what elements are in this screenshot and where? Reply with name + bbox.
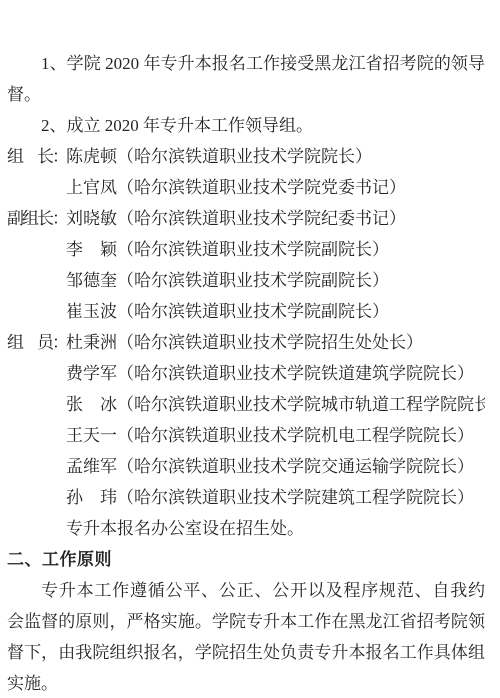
roster-row: 王天一（哈尔滨铁道职业技术学院机电工程学院院长） [7, 420, 485, 451]
roster-row: 张 冰（哈尔滨铁道职业技术学院城市轨道工程学院院长） [7, 389, 485, 420]
roster-text: 陈虎顿（哈尔滨铁道职业技术学院院长） [66, 141, 372, 172]
roster-text: 孙 玮（哈尔滨铁道职业技术学院建筑工程学院院长） [66, 482, 474, 513]
paragraph-line: 督。 [7, 79, 485, 110]
roster-text: 崔玉波（哈尔滨铁道职业技术学院副院长） [66, 296, 389, 327]
roster-text: 费学军（哈尔滨铁道职业技术学院铁道建筑学院院长） [66, 358, 474, 389]
roster-text: 张 冰（哈尔滨铁道职业技术学院城市轨道工程学院院长） [66, 389, 485, 420]
roster-text: 上官凤（哈尔滨铁道职业技术学院党委书记） [66, 172, 406, 203]
roster-row: 李 颖（哈尔滨铁道职业技术学院副院长） [7, 234, 485, 265]
roster-row: 孟维军（哈尔滨铁道职业技术学院交通运输学院院长） [7, 451, 485, 482]
roster-row: 专升本报名办公室设在招生处。 [7, 513, 485, 544]
roster-row: 副组长： 刘晓敏（哈尔滨铁道职业技术学院纪委书记） [7, 203, 485, 234]
paragraph-line: 1、学院 2020 年专升本报名工作接受黑龙江省招考院的领导和监 [7, 48, 485, 79]
roster-label: 组 长： [7, 141, 66, 172]
roster-row: 费学军（哈尔滨铁道职业技术学院铁道建筑学院院长） [7, 358, 485, 389]
roster-text: 杜秉洲（哈尔滨铁道职业技术学院招生处处长） [66, 327, 423, 358]
roster-row: 组 长： 陈虎顿（哈尔滨铁道职业技术学院院长） [7, 141, 485, 172]
roster-label: 副组长： [7, 203, 66, 234]
paragraph-line: 专升本工作遵循公平、公正、公开以及程序规范、自我约束、社 [7, 575, 485, 606]
roster-row: 上官凤（哈尔滨铁道职业技术学院党委书记） [7, 172, 485, 203]
paragraph-line: 2、成立 2020 年专升本工作领导组。 [7, 110, 485, 141]
roster-text: 孟维军（哈尔滨铁道职业技术学院交通运输学院院长） [66, 451, 474, 482]
roster-row: 孙 玮（哈尔滨铁道职业技术学院建筑工程学院院长） [7, 482, 485, 513]
section-heading: 二、工作原则 [7, 544, 485, 575]
roster-row: 邹德奎（哈尔滨铁道职业技术学院副院长） [7, 265, 485, 296]
roster-row: 崔玉波（哈尔滨铁道职业技术学院副院长） [7, 296, 485, 327]
paragraph-line: 会监督的原则，严格实施。学院专升本工作在黑龙江省招考院领导监 [7, 606, 485, 637]
roster-text: 刘晓敏（哈尔滨铁道职业技术学院纪委书记） [66, 203, 406, 234]
roster-label: 组 员： [7, 327, 66, 358]
paragraph-line: 督下，由我院组织报名，学院招生处负责专升本报名工作具体组织与 [7, 637, 485, 668]
roster-text: 邹德奎（哈尔滨铁道职业技术学院副院长） [66, 265, 389, 296]
document-page: 1、学院 2020 年专升本报名工作接受黑龙江省招考院的领导和监 督。 2、成立… [0, 0, 500, 698]
roster-text: 专升本报名办公室设在招生处。 [66, 513, 304, 544]
paragraph-line: 实施。 [7, 668, 485, 698]
roster-text: 王天一（哈尔滨铁道职业技术学院机电工程学院院长） [66, 420, 474, 451]
roster-row: 组 员： 杜秉洲（哈尔滨铁道职业技术学院招生处处长） [7, 327, 485, 358]
roster-text: 李 颖（哈尔滨铁道职业技术学院副院长） [66, 234, 389, 265]
